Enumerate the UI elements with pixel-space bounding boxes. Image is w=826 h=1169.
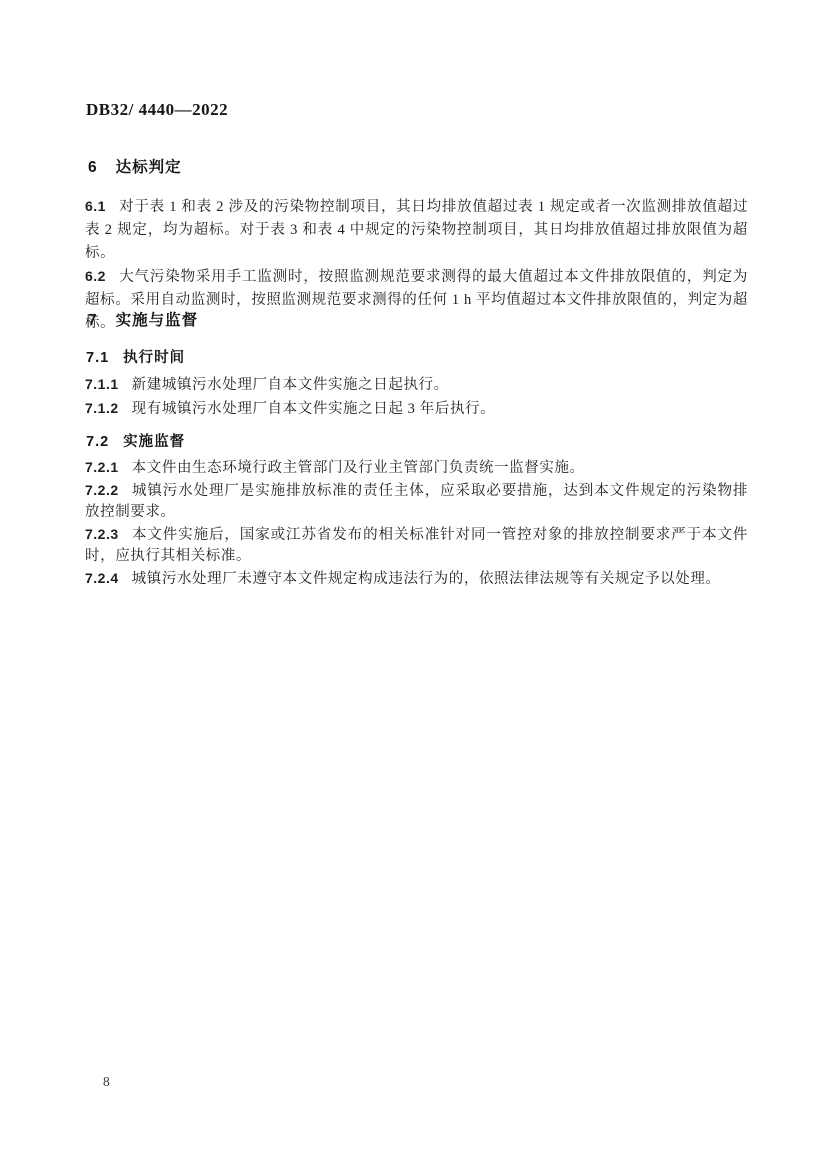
clause-7-2-4-number: 7.2.4 <box>85 570 119 586</box>
subsection-7-1-number: 7.1 <box>86 350 109 366</box>
clause-7-1-2: 7.1.2现有城镇污水处理厂自本文件实施之日起 3 年后执行。 <box>85 397 748 421</box>
section-7-number: 7 <box>88 312 98 329</box>
clause-6-2-number: 6.2 <box>85 268 106 284</box>
clause-7-1-1-number: 7.1.1 <box>85 376 119 392</box>
clause-7-2-1-text: 本文件由生态环境行政主管部门及行业主管部门负责统一监督实施。 <box>132 460 585 476</box>
subsection-7-1-title: 执行时间 <box>123 350 185 366</box>
clause-7-2-3-number: 7.2.3 <box>85 526 119 542</box>
subsection-7-2-number: 7.2 <box>86 434 109 450</box>
clause-6-1: 6.1对于表 1 和表 2 涉及的污染物控制项目，其日均排放值超过表 1 规定或… <box>85 195 748 265</box>
clause-6-1-number: 6.1 <box>85 198 106 214</box>
clause-7-2-2-text: 城镇污水处理厂是实施排放标准的责任主体，应采取必要措施，达到本文件规定的污染物排… <box>85 483 748 521</box>
clause-7-2-4: 7.2.4城镇污水处理厂未遵守本文件规定构成违法行为的，依照法律法规等有关规定予… <box>85 568 748 591</box>
subsection-7-1-clauses: 7.1.1新建城镇污水处理厂自本文件实施之日起执行。 7.1.2现有城镇污水处理… <box>85 373 748 421</box>
clause-7-1-2-text: 现有城镇污水处理厂自本文件实施之日起 3 年后执行。 <box>132 401 496 417</box>
section-7-title: 实施与监督 <box>116 312 199 329</box>
section-6-number: 6 <box>88 159 98 176</box>
document-code: DB32/ 4440—2022 <box>86 100 228 120</box>
section-6-title: 达标判定 <box>116 159 182 176</box>
section-7-heading: 7实施与监督 <box>88 308 198 330</box>
clause-7-2-4-text: 城镇污水处理厂未遵守本文件规定构成违法行为的，依照法律法规等有关规定予以处理。 <box>132 571 721 587</box>
clause-7-2-2: 7.2.2城镇污水处理厂是实施排放标准的责任主体，应采取必要措施，达到本文件规定… <box>85 480 748 524</box>
clause-7-1-2-number: 7.1.2 <box>85 400 119 416</box>
subsection-7-1-heading: 7.1执行时间 <box>86 346 185 367</box>
document-page: DB32/ 4440—2022 6达标判定 6.1对于表 1 和表 2 涉及的污… <box>0 0 826 1169</box>
clause-7-2-3: 7.2.3本文件实施后，国家或江苏省发布的相关标准针对同一管控对象的排放控制要求… <box>85 524 748 568</box>
section-6-heading: 6达标判定 <box>88 155 182 177</box>
clause-7-1-1: 7.1.1新建城镇污水处理厂自本文件实施之日起执行。 <box>85 373 748 397</box>
clause-7-2-3-text: 本文件实施后，国家或江苏省发布的相关标准针对同一管控对象的排放控制要求严于本文件… <box>85 527 748 565</box>
clause-7-2-2-number: 7.2.2 <box>85 482 119 498</box>
subsection-7-2-clauses: 7.2.1本文件由生态环境行政主管部门及行业主管部门负责统一监督实施。 7.2.… <box>85 457 748 590</box>
clause-7-1-1-text: 新建城镇污水处理厂自本文件实施之日起执行。 <box>132 377 449 393</box>
subsection-7-2-title: 实施监督 <box>123 434 185 450</box>
clause-6-1-text: 对于表 1 和表 2 涉及的污染物控制项目，其日均排放值超过表 1 规定或者一次… <box>85 199 748 261</box>
page-number: 8 <box>103 1074 110 1090</box>
subsection-7-2-heading: 7.2实施监督 <box>86 430 185 451</box>
clause-7-2-1: 7.2.1本文件由生态环境行政主管部门及行业主管部门负责统一监督实施。 <box>85 457 748 480</box>
clause-7-2-1-number: 7.2.1 <box>85 459 119 475</box>
